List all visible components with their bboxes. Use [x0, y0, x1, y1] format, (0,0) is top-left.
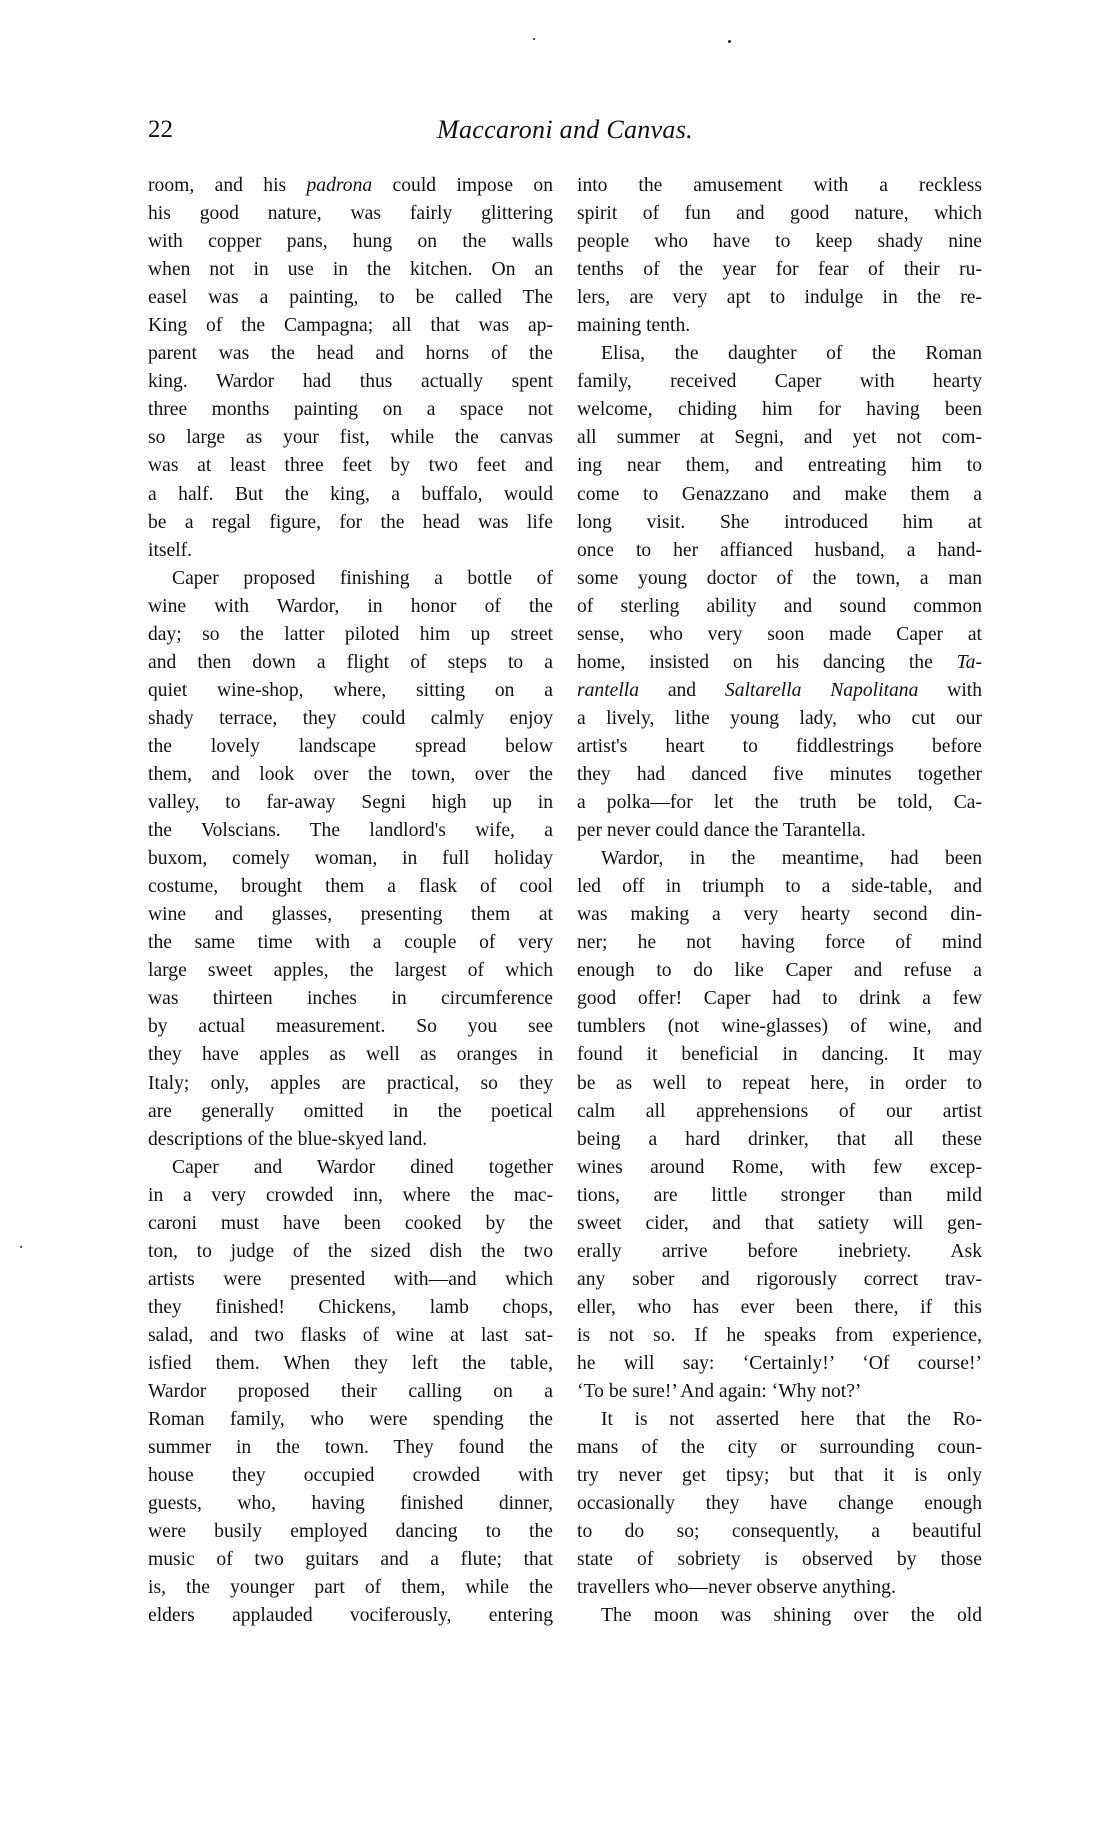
text-line: rantella and Saltarella Napolitana with: [577, 677, 982, 705]
text-line: shady terrace, they could calmly enjoy: [148, 705, 553, 733]
text-line: try never get tipsy; but that it is only: [577, 1462, 982, 1490]
text-line: home, insisted on his dancing the Ta-: [577, 649, 982, 677]
text-line: day; so the latter piloted him up street: [148, 621, 553, 649]
text-line: long visit. She introduced him at: [577, 509, 982, 537]
text-line: and then down a flight of steps to a: [148, 649, 553, 677]
text-line: Italy; only, apples are practical, so th…: [148, 1070, 553, 1098]
text-line: elders applauded vociferously, entering: [148, 1602, 553, 1630]
text-line: costume, brought them a flask of cool: [148, 873, 553, 901]
text-line: was at least three feet by two feet and: [148, 452, 553, 480]
text-line: a polka—for let the truth be told, Ca-: [577, 789, 982, 817]
text-line: occasionally they have change enough: [577, 1490, 982, 1518]
text-line: led off in triumph to a side-table, and: [577, 873, 982, 901]
text-line: they finished! Chickens, lamb chops,: [148, 1294, 553, 1322]
text-line: large sweet apples, the largest of which: [148, 957, 553, 985]
text-line: of sterling ability and sound common: [577, 593, 982, 621]
text-line: ton, to judge of the sized dish the two: [148, 1238, 553, 1266]
text-line: Caper proposed finishing a bottle of: [148, 565, 553, 593]
text-line: eller, who has ever been there, if this: [577, 1294, 982, 1322]
text-line: was thirteen inches in circumference: [148, 985, 553, 1013]
text-line: by actual measurement. So you see: [148, 1013, 553, 1041]
text-line: good offer! Caper had to drink a few: [577, 985, 982, 1013]
text-line: ‘To be sure!’ And again: ‘Why not?’: [577, 1378, 982, 1406]
text-line: King of the Campagna; all that was ap-: [148, 312, 553, 340]
right-column: into the amusement with a recklessspirit…: [577, 172, 982, 1630]
text-line: The moon was shining over the old: [577, 1602, 982, 1630]
text-line: maining tenth.: [577, 312, 982, 340]
text-line: descriptions of the blue-skyed land.: [148, 1126, 553, 1154]
text-line: be a regal figure, for the head was life: [148, 509, 553, 537]
text-line: his good nature, was fairly glittering: [148, 200, 553, 228]
text-line: tenths of the year for fear of their ru-: [577, 256, 982, 284]
text-line: quiet wine-shop, where, sitting on a: [148, 677, 553, 705]
text-line: the same time with a couple of very: [148, 929, 553, 957]
text-line: state of sobriety is observed by those: [577, 1546, 982, 1574]
text-line: artist's heart to fiddlestrings before: [577, 733, 982, 761]
text-line: per never could dance the Tarantella.: [577, 817, 982, 845]
text-line: tumblers (not wine-glasses) of wine, and: [577, 1013, 982, 1041]
text-line: be as well to repeat here, in order to: [577, 1070, 982, 1098]
text-line: found it beneficial in dancing. It may: [577, 1041, 982, 1069]
text-line: a lively, lithe young lady, who cut our: [577, 705, 982, 733]
text-line: artists were presented with—and which: [148, 1266, 553, 1294]
text-line: them, and look over the town, over the: [148, 761, 553, 789]
text-line: to do so; consequently, a beautiful: [577, 1518, 982, 1546]
text-line: guests, who, having finished dinner,: [148, 1490, 553, 1518]
text-line: parent was the head and horns of the: [148, 340, 553, 368]
text-line: easel was a painting, to be called The: [148, 284, 553, 312]
text-line: some young doctor of the town, a man: [577, 565, 982, 593]
text-line: travellers who—never observe anything.: [577, 1574, 982, 1602]
text-line: in a very crowded inn, where the mac-: [148, 1182, 553, 1210]
scan-speck: [728, 40, 731, 43]
text-line: is, the younger part of them, while the: [148, 1574, 553, 1602]
text-line: they have apples as well as oranges in: [148, 1041, 553, 1069]
text-line: with copper pans, hung on the walls: [148, 228, 553, 256]
text-line: calm all apprehensions of our artist: [577, 1098, 982, 1126]
text-line: people who have to keep shady nine: [577, 228, 982, 256]
text-line: erally arrive before inebriety. Ask: [577, 1238, 982, 1266]
text-line: Wardor, in the meantime, had been: [577, 845, 982, 873]
text-line: lers, are very apt to indulge in the re-: [577, 284, 982, 312]
text-line: Elisa, the daughter of the Roman: [577, 340, 982, 368]
text-line: into the amusement with a reckless: [577, 172, 982, 200]
text-line: music of two guitars and a flute; that: [148, 1546, 553, 1574]
text-line: king. Wardor had thus actually spent: [148, 368, 553, 396]
text-line: they had danced five minutes together: [577, 761, 982, 789]
text-line: once to her affianced husband, a hand-: [577, 537, 982, 565]
text-line: a half. But the king, a buffalo, would: [148, 481, 553, 509]
text-line: sense, who very soon made Caper at: [577, 621, 982, 649]
text-line: mans of the city or surrounding coun-: [577, 1434, 982, 1462]
scan-speck: [533, 38, 535, 40]
page-header: 22 Maccaroni and Canvas.: [148, 112, 982, 148]
text-line: wines around Rome, with few excep-: [577, 1154, 982, 1182]
text-line: tions, are little stronger than mild: [577, 1182, 982, 1210]
text-line: room, and his padrona could impose on: [148, 172, 553, 200]
text-line: welcome, chiding him for having been: [577, 396, 982, 424]
text-line: three months painting on a space not: [148, 396, 553, 424]
text-line: Roman family, who were spending the: [148, 1406, 553, 1434]
text-line: itself.: [148, 537, 553, 565]
text-line: any sober and rigorously correct trav-: [577, 1266, 982, 1294]
text-line: ing near them, and entreating him to: [577, 452, 982, 480]
text-line: when not in use in the kitchen. On an: [148, 256, 553, 284]
text-line: is not so. If he speaks from experience,: [577, 1322, 982, 1350]
text-line: all summer at Segni, and yet not com-: [577, 424, 982, 452]
text-line: come to Genazzano and make them a: [577, 481, 982, 509]
text-line: buxom, comely woman, in full holiday: [148, 845, 553, 873]
text-line: Caper and Wardor dined together: [148, 1154, 553, 1182]
text-line: family, received Caper with hearty: [577, 368, 982, 396]
text-line: he will say: ‘Certainly!’ ‘Of course!’: [577, 1350, 982, 1378]
text-line: was making a very hearty second din-: [577, 901, 982, 929]
text-line: being a hard drinker, that all these: [577, 1126, 982, 1154]
text-line: were busily employed dancing to the: [148, 1518, 553, 1546]
text-line: ner; he not having force of mind: [577, 929, 982, 957]
left-column: room, and his padrona could impose onhis…: [148, 172, 553, 1630]
text-line: wine with Wardor, in honor of the: [148, 593, 553, 621]
text-line: enough to do like Caper and refuse a: [577, 957, 982, 985]
text-line: house they occupied crowded with: [148, 1462, 553, 1490]
text-line: Wardor proposed their calling on a: [148, 1378, 553, 1406]
text-line: It is not asserted here that the Ro-: [577, 1406, 982, 1434]
text-line: sweet cider, and that satiety will gen-: [577, 1210, 982, 1238]
text-line: valley, to far-away Segni high up in: [148, 789, 553, 817]
text-line: are generally omitted in the poetical: [148, 1098, 553, 1126]
text-line: isfied them. When they left the table,: [148, 1350, 553, 1378]
text-line: spirit of fun and good nature, which: [577, 200, 982, 228]
text-line: caroni must have been cooked by the: [148, 1210, 553, 1238]
text-line: the Volscians. The landlord's wife, a: [148, 817, 553, 845]
text-line: salad, and two flasks of wine at last sa…: [148, 1322, 553, 1350]
running-title: Maccaroni and Canvas.: [148, 112, 982, 148]
text-line: the lovely landscape spread below: [148, 733, 553, 761]
text-line: wine and glasses, presenting them at: [148, 901, 553, 929]
text-line: so large as your fist, while the canvas: [148, 424, 553, 452]
scan-speck: [20, 1246, 22, 1248]
text-line: summer in the town. They found the: [148, 1434, 553, 1462]
